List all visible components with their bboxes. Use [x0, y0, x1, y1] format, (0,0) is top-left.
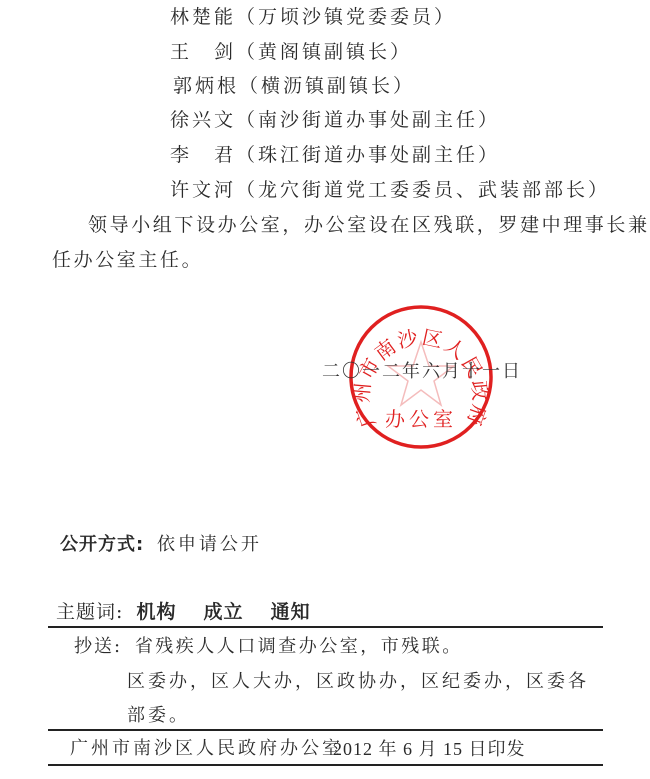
disclosure-row: 公开方式: 依申请公开	[60, 534, 262, 556]
member-row: 郭炳根（横沥镇副镇长）	[173, 75, 415, 97]
member-name: 徐兴文	[170, 109, 236, 131]
cc-row: 抄送: 省残疾人人口调查办公室，市残联。	[74, 636, 463, 658]
keywords-divider	[48, 626, 603, 628]
member-name: 李 君	[170, 144, 236, 166]
office-paragraph-line2: 任办公室主任。	[52, 249, 203, 271]
cc-line2: 区委办，区人大办，区政协办，区纪委办，区委各	[127, 671, 589, 693]
disclosure-label: 公开方式:	[60, 534, 144, 555]
cc-divider	[48, 729, 603, 731]
keyword-item: 通知	[271, 601, 311, 623]
keyword-item: 机构	[136, 601, 176, 623]
cc-label: 抄送:	[74, 636, 122, 657]
signature-date: 二〇一二年六月十一日	[322, 357, 522, 383]
cc-line3: 部委。	[127, 705, 190, 727]
member-name: 许文河	[170, 179, 236, 201]
member-title: （龙穴街道党工委委员、武装部部长）	[236, 179, 610, 201]
footer-issued-date: 2012 年 6 月 15 日印发	[333, 738, 526, 760]
member-name: 王 剑	[170, 41, 236, 63]
keyword-item: 成立	[204, 601, 244, 623]
member-row: 许文河（龙穴街道党工委委员、武装部部长）	[170, 179, 610, 201]
member-title: （万顷沙镇党委委员）	[236, 6, 456, 28]
footer-issuer: 广州市南沙区人民政府办公室	[70, 738, 343, 760]
member-title: （南沙街道办事处副主任）	[236, 109, 500, 131]
disclosure-value: 依申请公开	[157, 534, 262, 555]
keywords-label: 主题词:	[56, 601, 123, 623]
footer-divider	[48, 764, 603, 766]
member-title: （横沥镇副镇长）	[239, 75, 415, 97]
svg-text:办公室: 办公室	[385, 407, 457, 431]
office-paragraph-line1: 领导小组下设办公室，办公室设在区残联，罗建中理事长兼	[88, 214, 650, 236]
member-row: 李 君（珠江街道办事处副主任）	[170, 144, 500, 166]
keywords-row: 主题词: 机构 成立 通知	[56, 601, 311, 623]
member-row: 林楚能（万顷沙镇党委委员）	[170, 6, 456, 28]
member-name: 林楚能	[170, 6, 236, 28]
member-row: 徐兴文（南沙街道办事处副主任）	[170, 109, 500, 131]
member-row: 王 剑（黄阁镇副镇长）	[170, 41, 412, 63]
member-name: 郭炳根	[173, 75, 239, 97]
cc-line1: 省残疾人人口调查办公室，市残联。	[135, 636, 463, 657]
member-title: （黄阁镇副镇长）	[236, 41, 412, 63]
member-title: （珠江街道办事处副主任）	[236, 144, 500, 166]
